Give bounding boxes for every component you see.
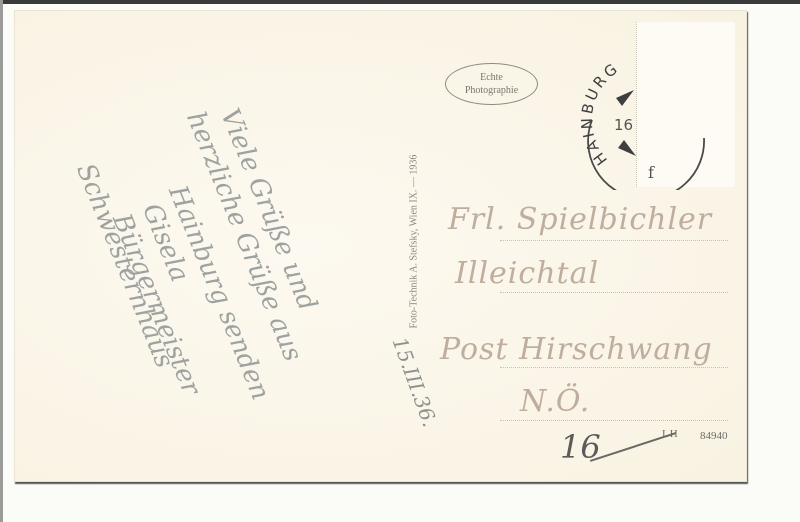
printer-code: LH [662,428,679,440]
address-line [500,240,728,241]
serial-number: 84940 [700,430,728,442]
svg-text:HAINBURG: HAINBURG [578,58,623,168]
postmark-icon: HAINBURG 16 f [578,50,718,190]
scanner-edge-left [0,0,3,522]
address-line [500,292,728,293]
postmark-town: HAINBURG [578,58,623,168]
echte-photographie-badge: Echte Photographie [445,63,538,105]
address-line [500,367,728,368]
address-recipient: Frl. Spielbichler [448,202,712,237]
scanner-edge [0,0,800,4]
postmark-letter: f [648,163,655,182]
address-post-office: Post Hirschwang [440,332,713,367]
address-region: N.Ö. [520,384,590,419]
address-line [500,420,728,421]
address-place: Illeichtal [455,256,599,291]
badge-line-1: Echte [446,71,537,84]
postmark-date: 16 [614,116,633,134]
badge-line-2: Photographie [446,84,537,97]
